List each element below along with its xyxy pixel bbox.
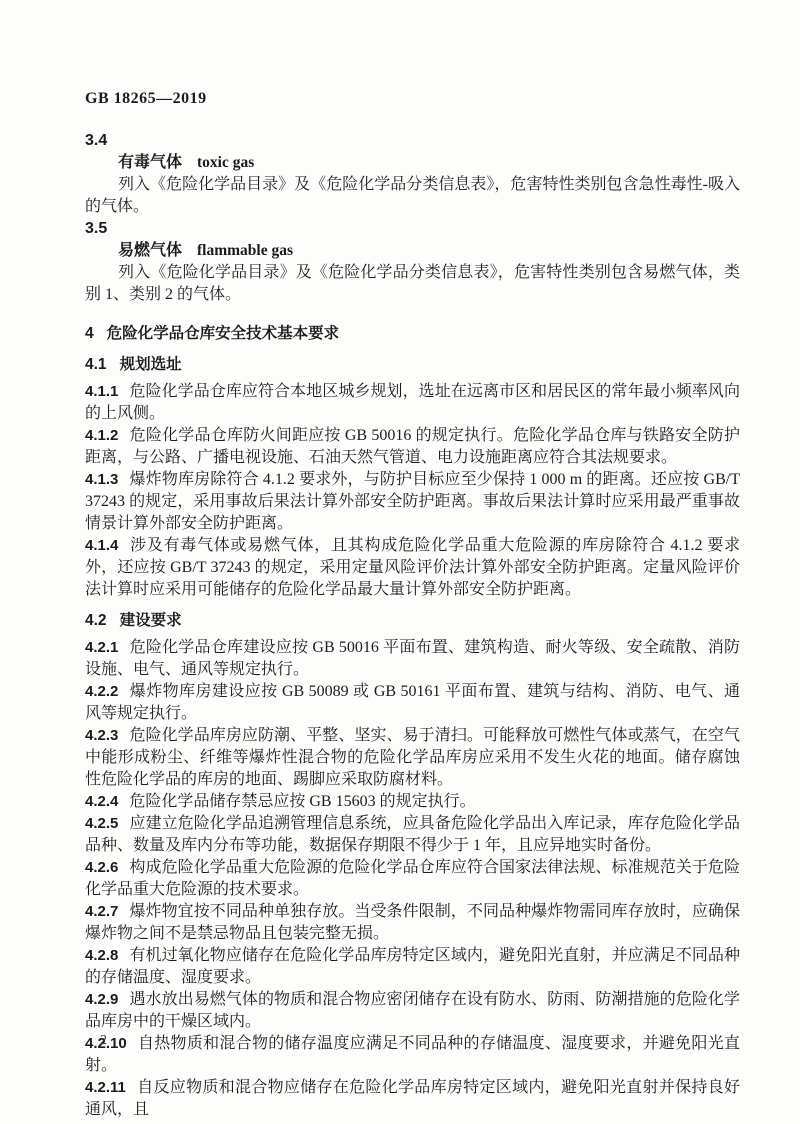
section-heading-4: 4危险化学品仓库安全技术基本要求 bbox=[85, 323, 740, 345]
heading-title: 建设要求 bbox=[120, 612, 182, 629]
section-heading-4.2: 4.2建设要求 bbox=[85, 610, 740, 632]
clause-text: 涉及有毒气体或易燃气体，且其构成危险化学品重大危险源的库房除符合 4.1.2 要… bbox=[85, 537, 740, 598]
term-title: 易燃气体flammable gas bbox=[85, 240, 740, 262]
clause-number: 4.2.8 bbox=[85, 947, 118, 964]
term-definition: 列入《危险化学品目录》及《危险化学品分类信息表》，危害特性类别包含急性毒性-吸入… bbox=[85, 174, 740, 218]
clause-number: 4.1.4 bbox=[85, 537, 118, 554]
document-page: GB 18265—2019 3.4有毒气体toxic gas列入《危险化学品目录… bbox=[0, 0, 800, 1124]
clause-number: 4.2.1 bbox=[85, 639, 118, 656]
clause-text: 爆炸物库房除符合 4.1.2 要求外，与防护目标应至少保持 1 000 m 的距… bbox=[85, 471, 740, 532]
clause-4.2.4: 4.2.4危险化学品储存禁忌应按 GB 15603 的规定执行。 bbox=[85, 791, 740, 813]
clause-text: 构成危险化学品重大危险源的危险化学品仓库应符合国家法律法规、标准规范关于危险化学… bbox=[85, 859, 740, 898]
heading-title: 危险化学品仓库安全技术基本要求 bbox=[107, 325, 340, 342]
clause-number: 4.2.2 bbox=[85, 683, 118, 700]
clause-4.2.2: 4.2.2爆炸物库房建设应按 GB 50089 或 GB 50161 平面布置、… bbox=[85, 681, 740, 725]
clause-text: 自反应物质和混合物应储存在危险化学品库房特定区域内，避免阳光直射并保持良好通风，… bbox=[85, 1079, 740, 1118]
term-english: flammable gas bbox=[197, 242, 293, 259]
clause-4.2.7: 4.2.7爆炸物宜按不同品种单独存放。当受条件限制，不同品种爆炸物需同库存放时，… bbox=[85, 901, 740, 945]
page-number: 2 bbox=[100, 1033, 107, 1049]
clause-number: 4.2.7 bbox=[85, 903, 118, 920]
term-section-number: 3.4 bbox=[85, 130, 740, 152]
clause-4.2.9: 4.2.9遇水放出易燃气体的物质和混合物应密闭储存在设有防水、防雨、防潮措施的危… bbox=[85, 989, 740, 1033]
heading-number: 4.2 bbox=[85, 612, 107, 629]
clause-text: 危险化学品仓库应符合本地区城乡规划，选址在远离市区和居民区的常年最小频率风向的上… bbox=[85, 383, 740, 422]
clause-number: 4.2.5 bbox=[85, 815, 118, 832]
clause-number: 4.1.2 bbox=[85, 427, 118, 444]
clause-4.1.3: 4.1.3爆炸物库房除符合 4.1.2 要求外，与防护目标应至少保持 1 000… bbox=[85, 469, 740, 535]
clause-number: 4.1.1 bbox=[85, 383, 118, 400]
clause-4.2.3: 4.2.3危险化学品库房应防潮、平整、坚实、易于清扫。可能释放可燃性气体或蒸气，… bbox=[85, 725, 740, 791]
clause-number: 4.2.6 bbox=[85, 859, 118, 876]
term-title: 有毒气体toxic gas bbox=[85, 152, 740, 174]
heading-number: 4 bbox=[85, 325, 94, 342]
section-heading-4.1: 4.1规划选址 bbox=[85, 354, 740, 376]
clause-4.2.8: 4.2.8有机过氧化物应储存在危险化学品库房特定区域内，避免阳光直射，并应满足不… bbox=[85, 945, 740, 989]
clause-4.1.4: 4.1.4涉及有毒气体或易燃气体，且其构成危险化学品重大危险源的库房除符合 4.… bbox=[85, 535, 740, 601]
clause-4.2.11: 4.2.11自反应物质和混合物应储存在危险化学品库房特定区域内，避免阳光直射并保… bbox=[85, 1077, 740, 1121]
document-body: 3.4有毒气体toxic gas列入《危险化学品目录》及《危险化学品分类信息表》… bbox=[85, 130, 740, 1121]
clause-number: 4.2.11 bbox=[85, 1079, 126, 1096]
clause-text: 应建立危险化学品追溯管理信息系统，应具备危险化学品出入库记录，库存危险化学品品种… bbox=[85, 815, 740, 854]
clause-number: 4.2.3 bbox=[85, 727, 118, 744]
clause-text: 危险化学品储存禁忌应按 GB 15603 的规定执行。 bbox=[129, 793, 475, 810]
clause-4.2.1: 4.2.1危险化学品仓库建设应按 GB 50016 平面布置、建筑构造、耐火等级… bbox=[85, 637, 740, 681]
clause-4.1.2: 4.1.2危险化学品仓库防火间距应按 GB 50016 的规定执行。危险化学品仓… bbox=[85, 425, 740, 469]
clause-text: 危险化学品库房应防潮、平整、坚实、易于清扫。可能释放可燃性气体或蒸气，在空气中能… bbox=[85, 727, 740, 788]
clause-text: 自热物质和混合物的储存温度应满足不同品种的存储温度、湿度要求，并避免阳光直射。 bbox=[85, 1035, 740, 1074]
clause-text: 有机过氧化物应储存在危险化学品库房特定区域内，避免阳光直射，并应满足不同品种的存… bbox=[85, 947, 740, 986]
clause-4.2.10: 4.2.10自热物质和混合物的储存温度应满足不同品种的存储温度、湿度要求，并避免… bbox=[85, 1033, 740, 1077]
heading-title: 规划选址 bbox=[120, 356, 182, 373]
term-definition: 列入《危险化学品目录》及《危险化学品分类信息表》，危害特性类别包含易燃气体，类别… bbox=[85, 262, 740, 306]
term-chinese: 有毒气体 bbox=[118, 154, 182, 171]
clause-text: 爆炸物库房建设应按 GB 50089 或 GB 50161 平面布置、建筑与结构… bbox=[85, 683, 740, 722]
term-section-number: 3.5 bbox=[85, 218, 740, 240]
clause-number: 4.1.3 bbox=[85, 471, 118, 488]
heading-number: 4.1 bbox=[85, 356, 107, 373]
clause-4.2.5: 4.2.5应建立危险化学品追溯管理信息系统，应具备危险化学品出入库记录，库存危险… bbox=[85, 813, 740, 857]
term-english: toxic gas bbox=[197, 154, 254, 171]
clause-4.2.6: 4.2.6构成危险化学品重大危险源的危险化学品仓库应符合国家法律法规、标准规范关… bbox=[85, 857, 740, 901]
term-chinese: 易燃气体 bbox=[118, 242, 182, 259]
clause-4.1.1: 4.1.1危险化学品仓库应符合本地区城乡规划，选址在远离市区和居民区的常年最小频… bbox=[85, 381, 740, 425]
standard-number-header: GB 18265—2019 bbox=[85, 88, 740, 110]
clause-number: 4.2.9 bbox=[85, 991, 118, 1008]
clause-text: 遇水放出易燃气体的物质和混合物应密闭储存在设有防水、防雨、防潮措施的危险化学品库… bbox=[85, 991, 740, 1030]
clause-text: 爆炸物宜按不同品种单独存放。当受条件限制，不同品种爆炸物需同库存放时，应确保爆炸… bbox=[85, 903, 740, 942]
clause-number: 4.2.4 bbox=[85, 793, 118, 810]
clause-text: 危险化学品仓库建设应按 GB 50016 平面布置、建筑构造、耐火等级、安全疏散… bbox=[85, 639, 740, 678]
clause-text: 危险化学品仓库防火间距应按 GB 50016 的规定执行。危险化学品仓库与铁路安… bbox=[85, 427, 740, 466]
